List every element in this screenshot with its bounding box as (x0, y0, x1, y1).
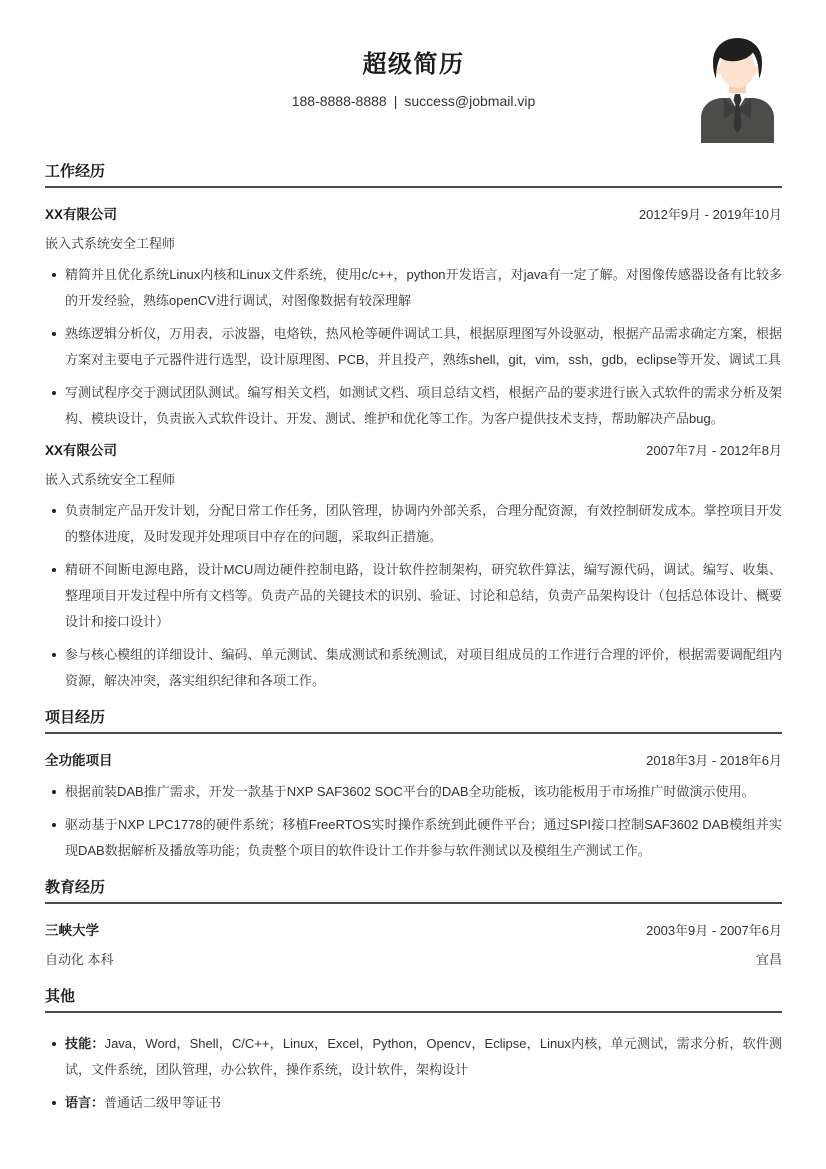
work-entry-header: XX有限公司 2012年9月 - 2019年10月 (45, 202, 782, 228)
language-text: 普通话二级甲等证书 (104, 1095, 221, 1110)
project-bullet: 驱动基于NXP LPC1778的硬件系统；移植FreeRTOS实时操作系统到此硬… (45, 812, 782, 864)
section-education: 教育经历 三峡大学 2003年9月 - 2007年6月 自动化 本科 宜昌 (45, 878, 782, 973)
section-heading-education: 教育经历 (45, 878, 782, 904)
resume-page: 超级简历 188-8888-8888|success@jobmail.vip 工… (0, 0, 826, 1169)
project-date-range: 2018年3月 - 2018年6月 (646, 748, 782, 774)
businessman-avatar-illustration (695, 37, 780, 143)
resume-header: 超级简历 188-8888-8888|success@jobmail.vip (45, 0, 782, 110)
work-role-row: 嵌入式系统安全工程师 (45, 231, 782, 257)
job-title: 嵌入式系统安全工程师 (45, 467, 175, 493)
company-name: XX有限公司 (45, 202, 117, 228)
education-entry: 三峡大学 2003年9月 - 2007年6月 自动化 本科 宜昌 (45, 918, 782, 973)
work-entry-header: XX有限公司 2007年7月 - 2012年8月 (45, 438, 782, 464)
school-location: 宜昌 (756, 947, 782, 973)
email-address: success@jobmail.vip (404, 93, 535, 109)
work-date-range: 2007年7月 - 2012年8月 (646, 438, 782, 464)
skills-label: 技能： (65, 1036, 105, 1051)
project-entry: 全功能项目 2018年3月 - 2018年6月 根据前装DAB推广需求，开发一款… (45, 748, 782, 864)
work-bullet: 参与核心模组的详细设计、编码、单元测试、集成测试和系统测试，对项目组成员的工作进… (45, 642, 782, 694)
major-degree: 自动化 本科 (45, 947, 114, 973)
section-work-experience: 工作经历 XX有限公司 2012年9月 - 2019年10月 嵌入式系统安全工程… (45, 162, 782, 694)
work-bullet: 负责制定产品开发计划，分配日常工作任务，团队管理，协调内外部关系，合理分配资源，… (45, 498, 782, 550)
work-date-range: 2012年9月 - 2019年10月 (639, 202, 782, 228)
work-role-row: 嵌入式系统安全工程师 (45, 467, 782, 493)
section-heading-projects: 项目经历 (45, 708, 782, 734)
education-date-range: 2003年9月 - 2007年6月 (646, 918, 782, 944)
work-entry: XX有限公司 2012年9月 - 2019年10月 嵌入式系统安全工程师 精简并… (45, 202, 782, 432)
work-bullet-list: 精简并且优化系统Linux内核和Linux文件系统，使用c/c++，python… (45, 262, 782, 432)
section-heading-other: 其他 (45, 987, 782, 1013)
work-bullet: 精简并且优化系统Linux内核和Linux文件系统，使用c/c++，python… (45, 262, 782, 314)
phone-number: 188-8888-8888 (292, 93, 387, 109)
work-bullet-list: 负责制定产品开发计划，分配日常工作任务，团队管理，协调内外部关系，合理分配资源，… (45, 498, 782, 694)
education-entry-header: 三峡大学 2003年9月 - 2007年6月 (45, 918, 782, 944)
project-name: 全功能项目 (45, 748, 113, 774)
avatar (695, 37, 780, 143)
skills-item: 技能：Java，Word，Shell，C/C++，Linux，Excel，Pyt… (45, 1031, 782, 1083)
other-bullet-list: 技能：Java，Word，Shell，C/C++，Linux，Excel，Pyt… (45, 1031, 782, 1116)
education-major-row: 自动化 本科 宜昌 (45, 947, 782, 973)
work-bullet: 写测试程序交于测试团队测试。编写相关文档，如测试文档、项目总结文档，根据产品的要… (45, 380, 782, 432)
skills-text: Java，Word，Shell，C/C++，Linux，Excel，Python… (65, 1036, 782, 1077)
work-bullet: 熟练逻辑分析仪，万用表，示波器，电烙铁，热风枪等硬件调试工具，根据原理图写外设驱… (45, 321, 782, 373)
section-other: 其他 技能：Java，Word，Shell，C/C++，Linux，Excel，… (45, 987, 782, 1116)
language-item: 语言：普通话二级甲等证书 (45, 1090, 782, 1116)
company-name: XX有限公司 (45, 438, 117, 464)
section-heading-work: 工作经历 (45, 162, 782, 188)
resume-title: 超级简历 (45, 50, 782, 80)
work-bullet: 精研不间断电源电路，设计MCU周边硬件控制电路，设计软件控制架构，研究软件算法，… (45, 557, 782, 635)
work-entry: XX有限公司 2007年7月 - 2012年8月 嵌入式系统安全工程师 负责制定… (45, 438, 782, 694)
contact-separator: | (394, 93, 398, 109)
language-label: 语言： (65, 1095, 104, 1110)
project-entry-header: 全功能项目 2018年3月 - 2018年6月 (45, 748, 782, 774)
section-project-experience: 项目经历 全功能项目 2018年3月 - 2018年6月 根据前装DAB推广需求… (45, 708, 782, 864)
project-bullet: 根据前装DAB推广需求，开发一款基于NXP SAF3602 SOC平台的DAB全… (45, 779, 782, 805)
contact-line: 188-8888-8888|success@jobmail.vip (45, 92, 782, 110)
school-name: 三峡大学 (45, 918, 99, 944)
job-title: 嵌入式系统安全工程师 (45, 231, 175, 257)
project-bullet-list: 根据前装DAB推广需求，开发一款基于NXP SAF3602 SOC平台的DAB全… (45, 779, 782, 864)
